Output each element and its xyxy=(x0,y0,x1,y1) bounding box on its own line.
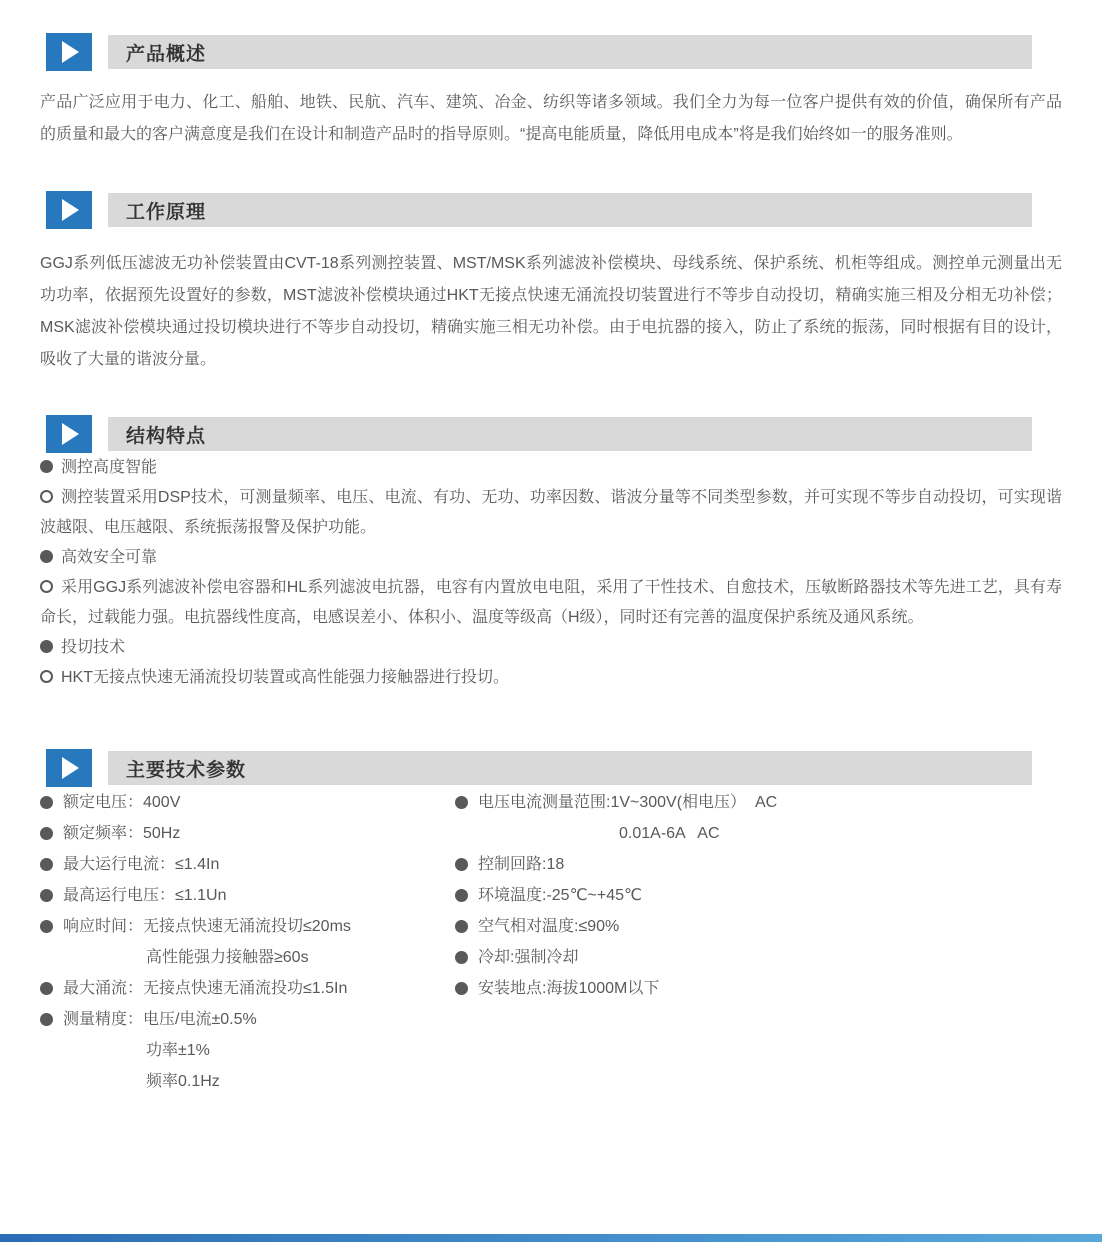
param-line: 额定电压：400V xyxy=(63,787,455,818)
param-item: 冷却:强制冷却 xyxy=(455,942,1062,973)
parameters-columns: 额定电压：400V 额定频率：50Hz 最大运行电流：≤1.4In 最高运行电压… xyxy=(40,787,1062,1097)
feature-item: HKT无接点快速无涌流投切装置或高性能强力接触器进行投切。 xyxy=(40,663,1062,693)
feature-text: 测控高度智能 xyxy=(61,459,157,476)
param-line: 响应时间：无接点快速无涌流投切≤20ms xyxy=(63,911,455,942)
section-header-features: 结构特点 xyxy=(46,415,1032,453)
section-title: 主要技术参数 xyxy=(126,755,246,782)
section-header-principle: 工作原理 xyxy=(46,191,1032,229)
filled-circle-bullet-icon xyxy=(40,1013,53,1026)
section-title-bar: 主要技术参数 xyxy=(108,751,1032,785)
play-triangle-icon xyxy=(46,749,92,787)
play-triangle-icon xyxy=(46,33,92,71)
filled-circle-bullet-icon xyxy=(455,951,468,964)
feature-text: 测控装置采用DSP技术，可测量频率、电压、电流、有功、无功、功率因数、谐波分量等… xyxy=(40,489,1062,536)
param-line: 额定频率：50Hz xyxy=(63,818,455,849)
section-title: 工作原理 xyxy=(126,197,206,224)
filled-circle-bullet-icon xyxy=(455,982,468,995)
param-line: 控制回路:18 xyxy=(478,849,1062,880)
filled-circle-bullet-icon xyxy=(455,858,468,871)
filled-circle-bullet-icon xyxy=(40,889,53,902)
param-item: 安装地点:海拔1000M以下 xyxy=(455,973,1062,1004)
play-triangle-icon xyxy=(46,191,92,229)
principle-paragraph: GGJ系列低压滤波无功补偿装置由CVT-18系列测控装置、MST/MSK系列滤波… xyxy=(40,248,1062,376)
feature-text: 高效安全可靠 xyxy=(61,549,157,566)
section-title-bar: 结构特点 xyxy=(108,417,1032,451)
param-item: 最大涌流：无接点快速无涌流投功≤1.5In xyxy=(40,973,455,1004)
param-item: 空气相对温度:≤90% xyxy=(455,911,1062,942)
product-document-page: 产品概述 产品广泛应用于电力、化工、船舶、地铁、民航、汽车、建筑、冶金、纺织等诸… xyxy=(0,0,1102,1242)
filled-circle-bullet-icon xyxy=(40,550,53,563)
param-item: 最高运行电压：≤1.1Un xyxy=(40,880,455,911)
param-line: 冷却:强制冷却 xyxy=(478,942,1062,973)
feature-text: 采用GGJ系列滤波补偿电容器和HL系列滤波电抗器，电容有内置放电电阻，采用了干性… xyxy=(40,579,1062,626)
param-line: 频率0.1Hz xyxy=(63,1066,455,1097)
param-line: 环境温度:-25℃~+45℃ xyxy=(478,880,1062,911)
features-list: 测控高度智能 测控装置采用DSP技术，可测量频率、电压、电流、有功、无功、功率因… xyxy=(40,453,1062,693)
hollow-circle-bullet-icon xyxy=(40,670,53,683)
filled-circle-bullet-icon xyxy=(455,920,468,933)
param-item: 额定频率：50Hz xyxy=(40,818,455,849)
hollow-circle-bullet-icon xyxy=(40,580,53,593)
footer-blue-strip xyxy=(0,1234,1102,1242)
filled-circle-bullet-icon xyxy=(40,640,53,653)
param-line: 0.01A-6A AC xyxy=(478,818,1062,849)
filled-circle-bullet-icon xyxy=(40,827,53,840)
param-line: 最高运行电压：≤1.1Un xyxy=(63,880,455,911)
param-item: 测量精度：电压/电流±0.5% 功率±1% 频率0.1Hz xyxy=(40,1004,455,1097)
section-title-bar: 工作原理 xyxy=(108,193,1032,227)
parameters-right-column: 电压电流测量范围:1V~300V(相电压） AC 0.01A-6A AC 控制回… xyxy=(455,787,1062,1004)
param-line: 电压电流测量范围:1V~300V(相电压） AC xyxy=(478,787,1062,818)
feature-item: 测控装置采用DSP技术，可测量频率、电压、电流、有功、无功、功率因数、谐波分量等… xyxy=(40,483,1062,543)
filled-circle-bullet-icon xyxy=(40,858,53,871)
section-title: 结构特点 xyxy=(126,421,206,448)
feature-item: 测控高度智能 xyxy=(40,453,1062,483)
filled-circle-bullet-icon xyxy=(455,889,468,902)
hollow-circle-bullet-icon xyxy=(40,490,53,503)
param-item: 环境温度:-25℃~+45℃ xyxy=(455,880,1062,911)
param-item: 控制回路:18 xyxy=(455,849,1062,880)
param-line: 最大涌流：无接点快速无涌流投功≤1.5In xyxy=(63,973,455,1004)
param-line: 安装地点:海拔1000M以下 xyxy=(478,973,1062,1004)
section-title: 产品概述 xyxy=(126,39,206,66)
param-line: 功率±1% xyxy=(63,1035,455,1066)
param-line: 测量精度：电压/电流±0.5% xyxy=(63,1004,455,1035)
feature-item: 采用GGJ系列滤波补偿电容器和HL系列滤波电抗器，电容有内置放电电阻，采用了干性… xyxy=(40,573,1062,633)
parameters-left-column: 额定电压：400V 额定频率：50Hz 最大运行电流：≤1.4In 最高运行电压… xyxy=(40,787,455,1097)
play-triangle-icon xyxy=(46,415,92,453)
filled-circle-bullet-icon xyxy=(40,796,53,809)
param-item: 响应时间：无接点快速无涌流投切≤20ms 高性能强力接触器≥60s xyxy=(40,911,455,973)
filled-circle-bullet-icon xyxy=(40,982,53,995)
param-line: 空气相对温度:≤90% xyxy=(478,911,1062,942)
param-item: 最大运行电流：≤1.4In xyxy=(40,849,455,880)
param-item: 额定电压：400V xyxy=(40,787,455,818)
filled-circle-bullet-icon xyxy=(40,920,53,933)
filled-circle-bullet-icon xyxy=(40,460,53,473)
section-title-bar: 产品概述 xyxy=(108,35,1032,69)
feature-item: 投切技术 xyxy=(40,633,1062,663)
param-line: 最大运行电流：≤1.4In xyxy=(63,849,455,880)
feature-text: HKT无接点快速无涌流投切装置或高性能强力接触器进行投切。 xyxy=(61,669,509,686)
filled-circle-bullet-icon xyxy=(455,796,468,809)
feature-text: 投切技术 xyxy=(61,639,125,656)
section-header-parameters: 主要技术参数 xyxy=(46,749,1032,787)
overview-paragraph: 产品广泛应用于电力、化工、船舶、地铁、民航、汽车、建筑、冶金、纺织等诸多领域。我… xyxy=(40,87,1062,151)
param-item: 电压电流测量范围:1V~300V(相电压） AC 0.01A-6A AC xyxy=(455,787,1062,849)
param-line: 高性能强力接触器≥60s xyxy=(63,942,455,973)
section-header-overview: 产品概述 xyxy=(46,33,1032,71)
feature-item: 高效安全可靠 xyxy=(40,543,1062,573)
